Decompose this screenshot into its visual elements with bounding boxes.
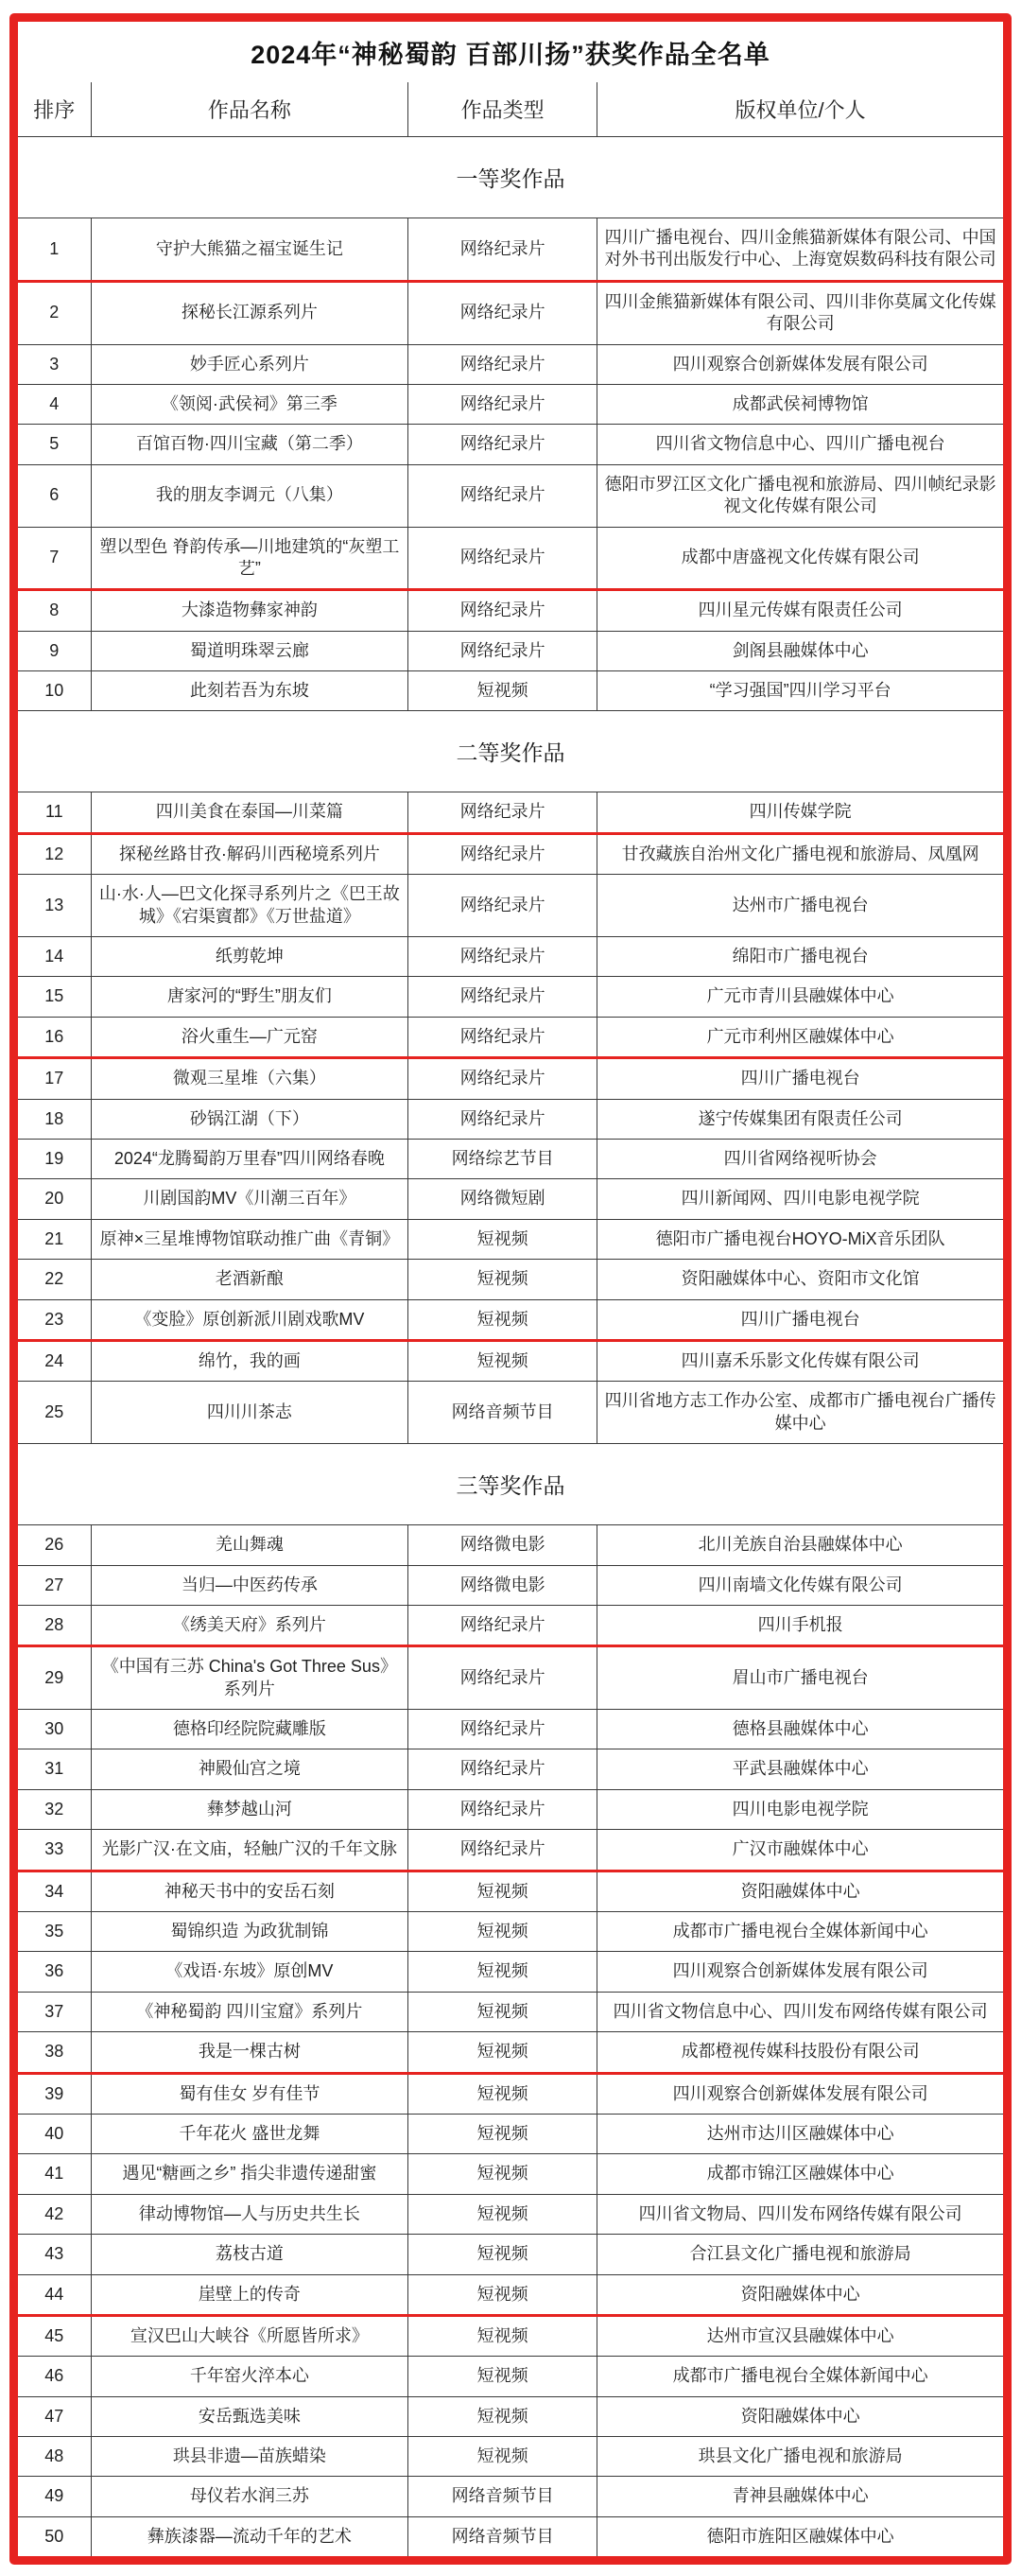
copyright-owner-cell: 四川手机报	[597, 1605, 1003, 1645]
work-title-cell: 纸剪乾坤	[91, 937, 408, 977]
work-type-cell: 网络纪录片	[408, 425, 597, 464]
work-title-cell: 蜀锦织造 为政犹制锦	[91, 1912, 408, 1952]
rank-cell: 18	[18, 1099, 91, 1139]
rank-cell: 37	[18, 1992, 91, 2031]
work-type-cell: 网络纪录片	[408, 344, 597, 384]
column-header-type: 作品类型	[408, 82, 597, 137]
section-header-row: 一等奖作品	[18, 137, 1003, 218]
work-title-cell: 当归—中医药传承	[91, 1565, 408, 1605]
rank-cell: 38	[18, 2032, 91, 2073]
table-header: 排序 作品名称 作品类型 版权单位/个人	[18, 82, 1003, 137]
copyright-owner-cell: 德阳市广播电视台HOYO-MiX音乐团队	[597, 1219, 1003, 1259]
work-title-cell: 母仪若水润三苏	[91, 2477, 408, 2516]
work-type-cell: 短视频	[408, 2396, 597, 2436]
rank-cell: 22	[18, 1260, 91, 1299]
rank-cell: 39	[18, 2073, 91, 2114]
table-row: 39蜀有佳女 岁有佳节短视频四川观察合创新媒体发展有限公司	[18, 2073, 1003, 2114]
rank-cell: 31	[18, 1749, 91, 1789]
section-label: 三等奖作品	[18, 1444, 1003, 1525]
rank-cell: 14	[18, 937, 91, 977]
rank-cell: 36	[18, 1952, 91, 1992]
rank-cell: 43	[18, 2235, 91, 2274]
work-title-cell: 安岳甄选美味	[91, 2396, 408, 2436]
page-title: 2024年“神秘蜀韵 百部川扬”获奖作品全名单	[18, 22, 1003, 82]
work-title-cell: 山·水·人—巴文化探寻系列片之《巴王故城》《宕渠賨都》《万世盐道》	[91, 875, 408, 937]
table-row: 48珙县非遗—苗族蜡染短视频珙县文化广播电视和旅游局	[18, 2437, 1003, 2477]
table-row: 8大漆造物彝家神韵网络纪录片四川星元传媒有限责任公司	[18, 590, 1003, 631]
rank-cell: 40	[18, 2114, 91, 2153]
table-row: 36《戏语·东坡》原创MV短视频四川观察合创新媒体发展有限公司	[18, 1952, 1003, 1992]
rank-cell: 12	[18, 833, 91, 874]
copyright-owner-cell: 达州市广播电视台	[597, 875, 1003, 937]
table-row: 50彝族漆器—流动千年的艺术网络音频节目德阳市旌阳区融媒体中心	[18, 2516, 1003, 2556]
work-type-cell: 网络音频节目	[408, 1382, 597, 1444]
rank-cell: 2	[18, 281, 91, 344]
table-row: 10此刻若吾为东坡短视频“学习强国”四川学习平台	[18, 671, 1003, 711]
work-title-cell: 守护大熊猫之福宝诞生记	[91, 218, 408, 282]
work-type-cell: 短视频	[408, 671, 597, 711]
rank-cell: 35	[18, 1912, 91, 1952]
work-title-cell: 我的朋友李调元（八集）	[91, 464, 408, 527]
work-type-cell: 网络纪录片	[408, 1058, 597, 1099]
copyright-owner-cell: 四川省文物信息中心、四川广播电视台	[597, 425, 1003, 464]
copyright-owner-cell: 四川新闻网、四川电影电视学院	[597, 1179, 1003, 1219]
work-title-cell: 《变脸》原创新派川剧戏歌MV	[91, 1299, 408, 1340]
copyright-owner-cell: 平武县融媒体中心	[597, 1749, 1003, 1789]
table-row: 24绵竹，我的画短视频四川嘉禾乐影文化传媒有限公司	[18, 1340, 1003, 1381]
table-row: 47安岳甄选美味短视频资阳融媒体中心	[18, 2396, 1003, 2436]
table-row: 31神殿仙宫之境网络纪录片平武县融媒体中心	[18, 1749, 1003, 1789]
work-type-cell: 网络纪录片	[408, 218, 597, 282]
rank-cell: 42	[18, 2194, 91, 2234]
work-title-cell: 蜀有佳女 岁有佳节	[91, 2073, 408, 2114]
copyright-owner-cell: 四川电影电视学院	[597, 1789, 1003, 1829]
table-row: 26羌山舞魂网络微电影北川羌族自治县融媒体中心	[18, 1525, 1003, 1565]
rank-cell: 33	[18, 1830, 91, 1871]
rank-cell: 50	[18, 2516, 91, 2556]
work-title-cell: 川剧国韵MV《川潮三百年》	[91, 1179, 408, 1219]
table-row: 4《领阅·武侯祠》第三季网络纪录片成都武侯祠博物馆	[18, 384, 1003, 424]
copyright-owner-cell: 成都市广播电视台全媒体新闻中心	[597, 2357, 1003, 2396]
work-title-cell: 彝梦越山河	[91, 1789, 408, 1829]
work-type-cell: 短视频	[408, 2235, 597, 2274]
work-type-cell: 网络纪录片	[408, 631, 597, 670]
rank-cell: 16	[18, 1017, 91, 1057]
table-row: 41遇见“糖画之乡” 指尖非遗传递甜蜜短视频成都市锦江区融媒体中心	[18, 2154, 1003, 2194]
copyright-owner-cell: 四川广播电视台	[597, 1058, 1003, 1099]
work-type-cell: 短视频	[408, 2154, 597, 2194]
work-title-cell: 老酒新酿	[91, 1260, 408, 1299]
header-row: 排序 作品名称 作品类型 版权单位/个人	[18, 82, 1003, 137]
copyright-owner-cell: 成都武侯祠博物馆	[597, 384, 1003, 424]
table-row: 16浴火重生—广元窑网络纪录片广元市利州区融媒体中心	[18, 1017, 1003, 1057]
copyright-owner-cell: 广元市利州区融媒体中心	[597, 1017, 1003, 1057]
table-row: 28《绣美天府》系列片网络纪录片四川手机报	[18, 1605, 1003, 1645]
table-row: 6我的朋友李调元（八集）网络纪录片德阳市罗江区文化广播电视和旅游局、四川帧纪录影…	[18, 464, 1003, 527]
copyright-owner-cell: 眉山市广播电视台	[597, 1646, 1003, 1710]
copyright-owner-cell: 德格县融媒体中心	[597, 1710, 1003, 1749]
rank-cell: 48	[18, 2437, 91, 2477]
copyright-owner-cell: 四川观察合创新媒体发展有限公司	[597, 1952, 1003, 1992]
table-row: 38我是一棵古树短视频成都橙视传媒科技股份有限公司	[18, 2032, 1003, 2073]
work-type-cell: 网络纪录片	[408, 833, 597, 874]
section-header-row: 二等奖作品	[18, 711, 1003, 792]
copyright-owner-cell: 珙县文化广播电视和旅游局	[597, 2437, 1003, 2477]
work-title-cell: 羌山舞魂	[91, 1525, 408, 1565]
work-title-cell: 唐家河的“野生”朋友们	[91, 977, 408, 1017]
work-title-cell: 《中国有三苏 China's Got Three Sus》系列片	[91, 1646, 408, 1710]
copyright-owner-cell: “学习强国”四川学习平台	[597, 671, 1003, 711]
work-title-cell: 遇见“糖画之乡” 指尖非遗传递甜蜜	[91, 2154, 408, 2194]
work-type-cell: 网络纪录片	[408, 527, 597, 590]
copyright-owner-cell: 成都橙视传媒科技股份有限公司	[597, 2032, 1003, 2073]
copyright-owner-cell: 遂宁传媒集团有限责任公司	[597, 1099, 1003, 1139]
work-title-cell: 律动博物馆—人与历史共生长	[91, 2194, 408, 2234]
work-type-cell: 网络微电影	[408, 1525, 597, 1565]
copyright-owner-cell: 四川省文物局、四川发布网络传媒有限公司	[597, 2194, 1003, 2234]
work-type-cell: 网络纪录片	[408, 1830, 597, 1871]
rank-cell: 9	[18, 631, 91, 670]
rank-cell: 21	[18, 1219, 91, 1259]
table-row: 11四川美食在泰国—川菜篇网络纪录片四川传媒学院	[18, 792, 1003, 833]
work-type-cell: 短视频	[408, 2073, 597, 2114]
rank-cell: 34	[18, 1871, 91, 1911]
rank-cell: 19	[18, 1139, 91, 1178]
work-title-cell: 微观三星堆（六集）	[91, 1058, 408, 1099]
work-title-cell: 2024“龙腾蜀韵万里春”四川网络春晚	[91, 1139, 408, 1178]
work-type-cell: 短视频	[408, 2194, 597, 2234]
work-title-cell: 探秘长江源系列片	[91, 281, 408, 344]
work-title-cell: 《领阅·武侯祠》第三季	[91, 384, 408, 424]
table-row: 18砂锅江湖（下）网络纪录片遂宁传媒集团有限责任公司	[18, 1099, 1003, 1139]
work-title-cell: 绵竹，我的画	[91, 1340, 408, 1381]
work-type-cell: 短视频	[408, 1952, 597, 1992]
table-row: 20川剧国韵MV《川潮三百年》网络微短剧四川新闻网、四川电影电视学院	[18, 1179, 1003, 1219]
table-row: 27当归—中医药传承网络微电影四川南墙文化传媒有限公司	[18, 1565, 1003, 1605]
table-row: 35蜀锦织造 为政犹制锦短视频成都市广播电视台全媒体新闻中心	[18, 1912, 1003, 1952]
table-row: 43荔枝古道短视频合江县文化广播电视和旅游局	[18, 2235, 1003, 2274]
table-row: 2探秘长江源系列片网络纪录片四川金熊猫新媒体有限公司、四川非你莫属文化传媒有限公…	[18, 281, 1003, 344]
copyright-owner-cell: 德阳市旌阳区融媒体中心	[597, 2516, 1003, 2556]
table-row: 49母仪若水润三苏网络音频节目青神县融媒体中心	[18, 2477, 1003, 2516]
work-title-cell: 百馆百物·四川宝藏（第二季）	[91, 425, 408, 464]
table-row: 32彝梦越山河网络纪录片四川电影电视学院	[18, 1789, 1003, 1829]
table-row: 7塑以型色 脊韵传承—川地建筑的“灰塑工艺”网络纪录片成都中唐盛视文化传媒有限公…	[18, 527, 1003, 590]
rank-cell: 17	[18, 1058, 91, 1099]
copyright-owner-cell: 四川金熊猫新媒体有限公司、四川非你莫属文化传媒有限公司	[597, 281, 1003, 344]
copyright-owner-cell: 成都市广播电视台全媒体新闻中心	[597, 1912, 1003, 1952]
table-row: 23《变脸》原创新派川剧戏歌MV短视频四川广播电视台	[18, 1299, 1003, 1340]
copyright-owner-cell: 四川广播电视台	[597, 1299, 1003, 1340]
table-row: 25四川川茶志网络音频节目四川省地方志工作办公室、成都市广播电视台广播传媒中心	[18, 1382, 1003, 1444]
work-type-cell: 网络纪录片	[408, 384, 597, 424]
awards-table: 排序 作品名称 作品类型 版权单位/个人 一等奖作品1守护大熊猫之福宝诞生记网络…	[18, 82, 1003, 2556]
work-type-cell: 短视频	[408, 1340, 597, 1381]
work-type-cell: 网络音频节目	[408, 2516, 597, 2556]
work-type-cell: 网络纪录片	[408, 1749, 597, 1789]
work-type-cell: 短视频	[408, 1912, 597, 1952]
copyright-owner-cell: 青神县融媒体中心	[597, 2477, 1003, 2516]
table-row: 14纸剪乾坤网络纪录片绵阳市广播电视台	[18, 937, 1003, 977]
work-type-cell: 网络纪录片	[408, 875, 597, 937]
rank-cell: 28	[18, 1605, 91, 1645]
work-title-cell: 砂锅江湖（下）	[91, 1099, 408, 1139]
table-row: 37《神秘蜀韵 四川宝窟》系列片短视频四川省文物信息中心、四川发布网络传媒有限公…	[18, 1992, 1003, 2031]
column-header-title: 作品名称	[91, 82, 408, 137]
copyright-owner-cell: 绵阳市广播电视台	[597, 937, 1003, 977]
table-row: 12探秘丝路甘孜·解码川西秘境系列片网络纪录片甘孜藏族自治州文化广播电视和旅游局…	[18, 833, 1003, 874]
table-body: 一等奖作品1守护大熊猫之福宝诞生记网络纪录片四川广播电视台、四川金熊猫新媒体有限…	[18, 137, 1003, 2557]
work-title-cell: 蜀道明珠翠云廊	[91, 631, 408, 670]
rank-cell: 15	[18, 977, 91, 1017]
work-type-cell: 网络微短剧	[408, 1179, 597, 1219]
work-type-cell: 网络音频节目	[408, 2477, 597, 2516]
work-type-cell: 网络综艺节目	[408, 1139, 597, 1178]
rank-cell: 4	[18, 384, 91, 424]
copyright-owner-cell: 达州市宣汉县融媒体中心	[597, 2315, 1003, 2356]
work-type-cell: 短视频	[408, 2437, 597, 2477]
rank-cell: 47	[18, 2396, 91, 2436]
copyright-owner-cell: 四川省网络视听协会	[597, 1139, 1003, 1178]
rank-cell: 5	[18, 425, 91, 464]
copyright-owner-cell: 四川观察合创新媒体发展有限公司	[597, 344, 1003, 384]
work-title-cell: 此刻若吾为东坡	[91, 671, 408, 711]
work-title-cell: 《神秘蜀韵 四川宝窟》系列片	[91, 1992, 408, 2031]
work-type-cell: 短视频	[408, 1260, 597, 1299]
copyright-owner-cell: 广汉市融媒体中心	[597, 1830, 1003, 1871]
work-type-cell: 网络纪录片	[408, 281, 597, 344]
table-row: 15唐家河的“野生”朋友们网络纪录片广元市青川县融媒体中心	[18, 977, 1003, 1017]
work-title-cell: 千年花火 盛世龙舞	[91, 2114, 408, 2153]
rank-cell: 30	[18, 1710, 91, 1749]
copyright-owner-cell: 四川省地方志工作办公室、成都市广播电视台广播传媒中心	[597, 1382, 1003, 1444]
copyright-owner-cell: 四川观察合创新媒体发展有限公司	[597, 2073, 1003, 2114]
table-row: 21原神×三星堆博物馆联动推广曲《青铜》短视频德阳市广播电视台HOYO-MiX音…	[18, 1219, 1003, 1259]
work-type-cell: 网络纪录片	[408, 1605, 597, 1645]
rank-cell: 24	[18, 1340, 91, 1381]
work-title-cell: 《戏语·东坡》原创MV	[91, 1952, 408, 1992]
work-type-cell: 短视频	[408, 1299, 597, 1340]
copyright-owner-cell: 四川传媒学院	[597, 792, 1003, 833]
copyright-owner-cell: 四川嘉禾乐影文化传媒有限公司	[597, 1340, 1003, 1381]
work-type-cell: 短视频	[408, 2357, 597, 2396]
work-title-cell: 崖壁上的传奇	[91, 2274, 408, 2315]
red-border-frame: 2024年“神秘蜀韵 百部川扬”获奖作品全名单 排序 作品名称 作品类型 版权单…	[9, 13, 1012, 2565]
work-type-cell: 短视频	[408, 1219, 597, 1259]
rank-cell: 27	[18, 1565, 91, 1605]
rank-cell: 26	[18, 1525, 91, 1565]
work-type-cell: 网络微电影	[408, 1565, 597, 1605]
work-title-cell: 千年窑火淬本心	[91, 2357, 408, 2396]
copyright-owner-cell: 四川星元传媒有限责任公司	[597, 590, 1003, 631]
section-header-row: 三等奖作品	[18, 1444, 1003, 1525]
table-row: 13山·水·人—巴文化探寻系列片之《巴王故城》《宕渠賨都》《万世盐道》网络纪录片…	[18, 875, 1003, 937]
table-row: 34神秘天书中的安岳石刻短视频资阳融媒体中心	[18, 1871, 1003, 1911]
table-row: 3妙手匠心系列片网络纪录片四川观察合创新媒体发展有限公司	[18, 344, 1003, 384]
table-row: 44崖壁上的传奇短视频资阳融媒体中心	[18, 2274, 1003, 2315]
copyright-owner-cell: 德阳市罗江区文化广播电视和旅游局、四川帧纪录影视文化传媒有限公司	[597, 464, 1003, 527]
copyright-owner-cell: 达州市达川区融媒体中心	[597, 2114, 1003, 2153]
copyright-owner-cell: 成都市锦江区融媒体中心	[597, 2154, 1003, 2194]
work-title-cell: 神秘天书中的安岳石刻	[91, 1871, 408, 1911]
work-title-cell: 荔枝古道	[91, 2235, 408, 2274]
work-type-cell: 短视频	[408, 1871, 597, 1911]
work-title-cell: 四川美食在泰国—川菜篇	[91, 792, 408, 833]
copyright-owner-cell: 甘孜藏族自治州文化广播电视和旅游局、凤凰网	[597, 833, 1003, 874]
copyright-owner-cell: 成都中唐盛视文化传媒有限公司	[597, 527, 1003, 590]
table-row: 22老酒新酿短视频资阳融媒体中心、资阳市文化馆	[18, 1260, 1003, 1299]
work-title-cell: 彝族漆器—流动千年的艺术	[91, 2516, 408, 2556]
work-type-cell: 短视频	[408, 1992, 597, 2031]
rank-cell: 20	[18, 1179, 91, 1219]
work-title-cell: 光影广汉·在文庙，轻触广汉的千年文脉	[91, 1830, 408, 1871]
table-row: 45宣汉巴山大峡谷《所愿皆所求》短视频达州市宣汉县融媒体中心	[18, 2315, 1003, 2356]
table-row: 30德格印经院院藏雕版网络纪录片德格县融媒体中心	[18, 1710, 1003, 1749]
column-header-owner: 版权单位/个人	[597, 82, 1003, 137]
work-title-cell: 我是一棵古树	[91, 2032, 408, 2073]
rank-cell: 45	[18, 2315, 91, 2356]
table-row: 192024“龙腾蜀韵万里春”四川网络春晚网络综艺节目四川省网络视听协会	[18, 1139, 1003, 1178]
copyright-owner-cell: 四川广播电视台、四川金熊猫新媒体有限公司、中国对外书刊出版发行中心、上海宽娱数码…	[597, 218, 1003, 282]
work-title-cell: 妙手匠心系列片	[91, 344, 408, 384]
rank-cell: 8	[18, 590, 91, 631]
work-type-cell: 网络纪录片	[408, 590, 597, 631]
copyright-owner-cell: 四川南墙文化传媒有限公司	[597, 1565, 1003, 1605]
work-title-cell: 宣汉巴山大峡谷《所愿皆所求》	[91, 2315, 408, 2356]
table-row: 33光影广汉·在文庙，轻触广汉的千年文脉网络纪录片广汉市融媒体中心	[18, 1830, 1003, 1871]
table-row: 17微观三星堆（六集）网络纪录片四川广播电视台	[18, 1058, 1003, 1099]
work-title-cell: 探秘丝路甘孜·解码川西秘境系列片	[91, 833, 408, 874]
table-row: 9蜀道明珠翠云廊网络纪录片剑阁县融媒体中心	[18, 631, 1003, 670]
work-title-cell: 四川川茶志	[91, 1382, 408, 1444]
work-type-cell: 网络纪录片	[408, 1710, 597, 1749]
work-type-cell: 网络纪录片	[408, 937, 597, 977]
copyright-owner-cell: 资阳融媒体中心	[597, 2274, 1003, 2315]
copyright-owner-cell: 北川羌族自治县融媒体中心	[597, 1525, 1003, 1565]
work-title-cell: 浴火重生—广元窑	[91, 1017, 408, 1057]
work-type-cell: 网络纪录片	[408, 1789, 597, 1829]
copyright-owner-cell: 广元市青川县融媒体中心	[597, 977, 1003, 1017]
work-title-cell: 《绣美天府》系列片	[91, 1605, 408, 1645]
table-row: 5百馆百物·四川宝藏（第二季）网络纪录片四川省文物信息中心、四川广播电视台	[18, 425, 1003, 464]
copyright-owner-cell: 四川省文物信息中心、四川发布网络传媒有限公司	[597, 1992, 1003, 2031]
copyright-owner-cell: 资阳融媒体中心	[597, 1871, 1003, 1911]
work-type-cell: 网络纪录片	[408, 1099, 597, 1139]
rank-cell: 32	[18, 1789, 91, 1829]
work-title-cell: 神殿仙宫之境	[91, 1749, 408, 1789]
rank-cell: 46	[18, 2357, 91, 2396]
work-type-cell: 网络纪录片	[408, 977, 597, 1017]
rank-cell: 10	[18, 671, 91, 711]
copyright-owner-cell: 剑阁县融媒体中心	[597, 631, 1003, 670]
work-type-cell: 网络纪录片	[408, 792, 597, 833]
work-title-cell: 珙县非遗—苗族蜡染	[91, 2437, 408, 2477]
work-title-cell: 德格印经院院藏雕版	[91, 1710, 408, 1749]
rank-cell: 6	[18, 464, 91, 527]
work-title-cell: 大漆造物彝家神韵	[91, 590, 408, 631]
table-row: 42律动博物馆—人与历史共生长短视频四川省文物局、四川发布网络传媒有限公司	[18, 2194, 1003, 2234]
work-type-cell: 短视频	[408, 2315, 597, 2356]
rank-cell: 29	[18, 1646, 91, 1710]
rank-cell: 7	[18, 527, 91, 590]
section-label: 一等奖作品	[18, 137, 1003, 218]
work-title-cell: 塑以型色 脊韵传承—川地建筑的“灰塑工艺”	[91, 527, 408, 590]
table-row: 40千年花火 盛世龙舞短视频达州市达川区融媒体中心	[18, 2114, 1003, 2153]
work-type-cell: 网络纪录片	[408, 464, 597, 527]
work-title-cell: 原神×三星堆博物馆联动推广曲《青铜》	[91, 1219, 408, 1259]
rank-cell: 49	[18, 2477, 91, 2516]
section-label: 二等奖作品	[18, 711, 1003, 792]
rank-cell: 3	[18, 344, 91, 384]
copyright-owner-cell: 资阳融媒体中心、资阳市文化馆	[597, 1260, 1003, 1299]
rank-cell: 1	[18, 218, 91, 282]
copyright-owner-cell: 资阳融媒体中心	[597, 2396, 1003, 2436]
table-row: 1守护大熊猫之福宝诞生记网络纪录片四川广播电视台、四川金熊猫新媒体有限公司、中国…	[18, 218, 1003, 282]
rank-cell: 13	[18, 875, 91, 937]
column-header-rank: 排序	[18, 82, 91, 137]
rank-cell: 25	[18, 1382, 91, 1444]
table-row: 46千年窑火淬本心短视频成都市广播电视台全媒体新闻中心	[18, 2357, 1003, 2396]
work-type-cell: 短视频	[408, 2032, 597, 2073]
rank-cell: 41	[18, 2154, 91, 2194]
table-row: 29《中国有三苏 China's Got Three Sus》系列片网络纪录片眉…	[18, 1646, 1003, 1710]
rank-cell: 11	[18, 792, 91, 833]
rank-cell: 23	[18, 1299, 91, 1340]
rank-cell: 44	[18, 2274, 91, 2315]
work-type-cell: 网络纪录片	[408, 1017, 597, 1057]
work-type-cell: 短视频	[408, 2274, 597, 2315]
copyright-owner-cell: 合江县文化广播电视和旅游局	[597, 2235, 1003, 2274]
work-type-cell: 短视频	[408, 2114, 597, 2153]
work-type-cell: 网络纪录片	[408, 1646, 597, 1710]
